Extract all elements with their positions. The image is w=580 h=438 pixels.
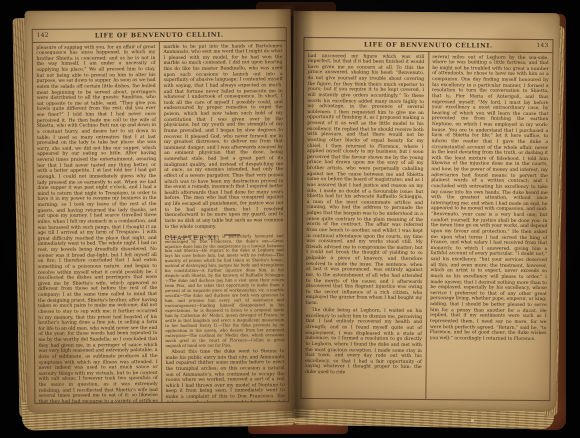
left-page: 142 LIFE OF BENVENUTO CELLINI. pleasure … [25,9,294,413]
right-page-columns: had uncovered my figure which was still … [301,51,552,400]
body-text: pleasure of supping with you, for an aff… [36,45,158,403]
body-text: several miles out of Leghorn by the sea-… [430,55,549,343]
body-text: marble to be put into the hands of Barto… [163,44,283,230]
body-text: The duke being at Leghorn, I waited on h… [305,308,422,377]
running-title: LIFE OF BENVENUTO CELLINI. [304,41,552,50]
left-page-text-frame: 142 LIFE OF BENVENUTO CELLINI. pleasure … [32,27,290,404]
chapter-summary: Cellini upon his recovery is particularl… [165,234,285,349]
body-text: About this time the duke went to Sienna … [165,349,284,402]
right-page-column-2: several miles out of Leghorn by the sea-… [425,52,553,400]
right-page: LIFE OF BENVENUTO CELLINI. 143 had uncov… [290,11,559,411]
right-page-column-1: had uncovered my figure which was still … [301,51,428,399]
left-page-columns: pleasure of supping with you, for an aff… [33,41,289,403]
right-page-text-frame: LIFE OF BENVENUTO CELLINI. 143 had uncov… [300,37,553,401]
running-title: LIFE OF BENVENUTO CELLINI. [33,31,286,40]
right-page-number: 143 [536,43,548,49]
chapter-heading: CHAPTER XI. [165,234,221,241]
book-photograph: 142 LIFE OF BENVENUTO CELLINI. pleasure … [0,0,580,438]
dust-speck [471,419,474,422]
left-page-column-2: marble to be put into the hands of Barto… [159,41,289,402]
body-text: had uncovered my figure which was still … [306,53,425,307]
left-page-column-1: pleasure of supping with you, for an aff… [33,42,162,403]
chapter-ornament-rule [224,234,240,235]
